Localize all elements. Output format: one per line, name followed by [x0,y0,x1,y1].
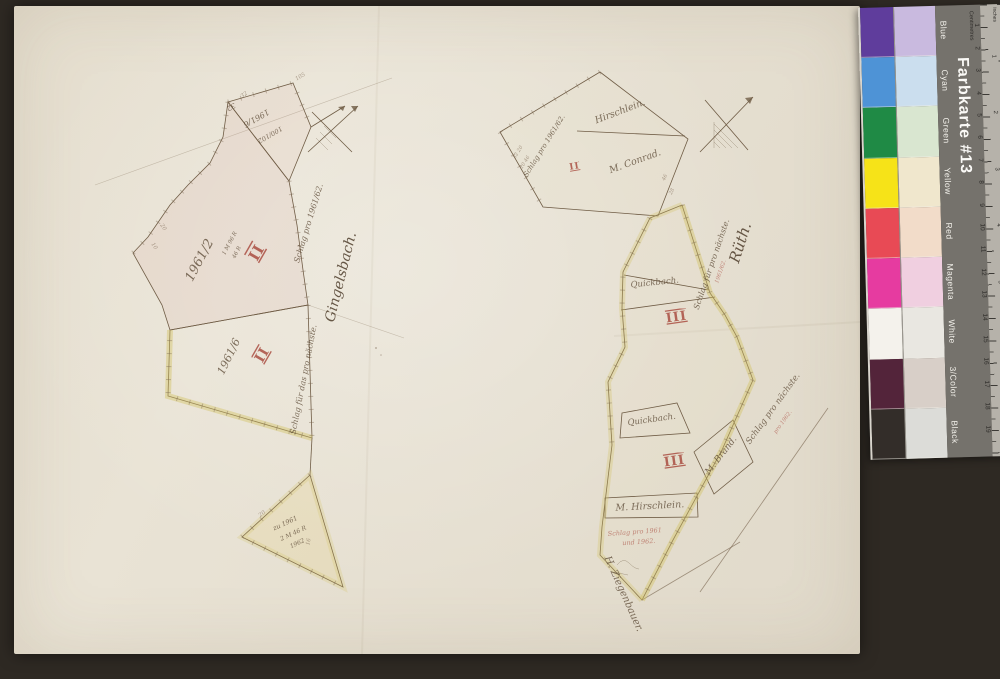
patch-label: Magenta [943,256,957,306]
tint-patch [905,407,947,458]
map-label: Schlag für das pro nächste. [288,324,318,435]
map-label: II [252,344,273,365]
patch-label: Black [948,407,962,457]
map-label: Schlag pro 1961/62. [292,183,325,264]
map-sheet: 321961/6100/1021961/21 M 96 R46 RII1961/… [14,6,860,654]
tint-patch [902,307,944,358]
map-label: II [569,161,581,173]
patch-label: Blue [936,5,950,55]
color-patch [870,358,904,409]
patch-label: White [945,307,959,357]
cm-number: 13 [980,289,987,299]
card-title: Farbkarte #13 [953,57,974,175]
patch-label: 3/Color [946,357,960,407]
map-label: 1961/6 [215,336,244,376]
color-patch [861,57,895,108]
cm-number: 18 [983,401,990,411]
cm-number: 17 [982,379,989,389]
survey-arrowhead [338,106,345,111]
tint-patch [904,357,946,408]
color-patch [864,158,898,209]
cm-number: 9 [977,200,984,210]
cm-number: 16 [982,356,989,366]
cm-number: 15 [981,334,988,344]
tint-patch [899,207,941,258]
cm-number: 14 [981,312,988,322]
patch-label: Cyan [938,56,952,106]
inch-number: 1 [990,52,996,60]
cm-number: 2 [973,43,980,53]
map-label: Rüth. [725,220,755,266]
color-patch [867,258,901,309]
patch-label: Green [939,106,953,156]
color-patch [866,208,900,259]
cm-number: 11 [979,244,986,254]
patch-labels: BlueCyanGreenYellowRedMagentaWhite3/Colo… [934,5,980,6]
inch-scale-label: Inches [991,7,997,22]
cm-number: 8 [977,177,984,187]
cm-number: 7 [976,155,983,165]
north-arrow-icon [308,106,358,152]
archival-scan-stage: 321961/6100/1021961/21 M 96 R46 RII1961/… [0,0,1000,679]
tint-patch [898,156,940,207]
cm-number: 5 [975,110,982,120]
cm-number: 19 [984,424,991,434]
inch-number: 5 [997,278,1000,286]
tint-patch [901,257,943,308]
map-label: 105 [294,72,307,83]
map-drawing: 321961/6100/1021961/21 M 96 R46 RII1961/… [14,6,860,654]
north-arrow-icon [700,97,753,152]
color-calibration-card: BlueCyanGreenYellowRedMagentaWhite3/Colo… [858,4,1000,460]
cm-number: 1 [972,21,979,31]
color-patch [868,308,902,359]
map-label: III [665,309,688,327]
inch-number: 4 [995,221,1000,229]
cm-number: 12 [979,267,986,277]
inch-number: 2 [992,108,998,116]
patch-label: Red [942,206,956,256]
patch-label: Yellow [941,156,955,206]
left-parcel-drawing [95,78,404,587]
cm-number: 6 [976,132,983,142]
inch-number: 3 [993,165,999,173]
cm-number: 10 [978,222,985,232]
cm-number: 4 [974,88,981,98]
right-parcel-drawing [500,72,828,600]
cm-number: 3 [974,65,981,75]
color-patch [871,409,905,460]
tint-patch [895,56,937,107]
tint-patch [897,106,939,157]
map-label: III [663,453,686,471]
color-patch [863,107,897,158]
tint-patch [894,6,936,57]
color-patch [860,7,894,58]
map-label: Gingelsbach. [322,230,360,323]
